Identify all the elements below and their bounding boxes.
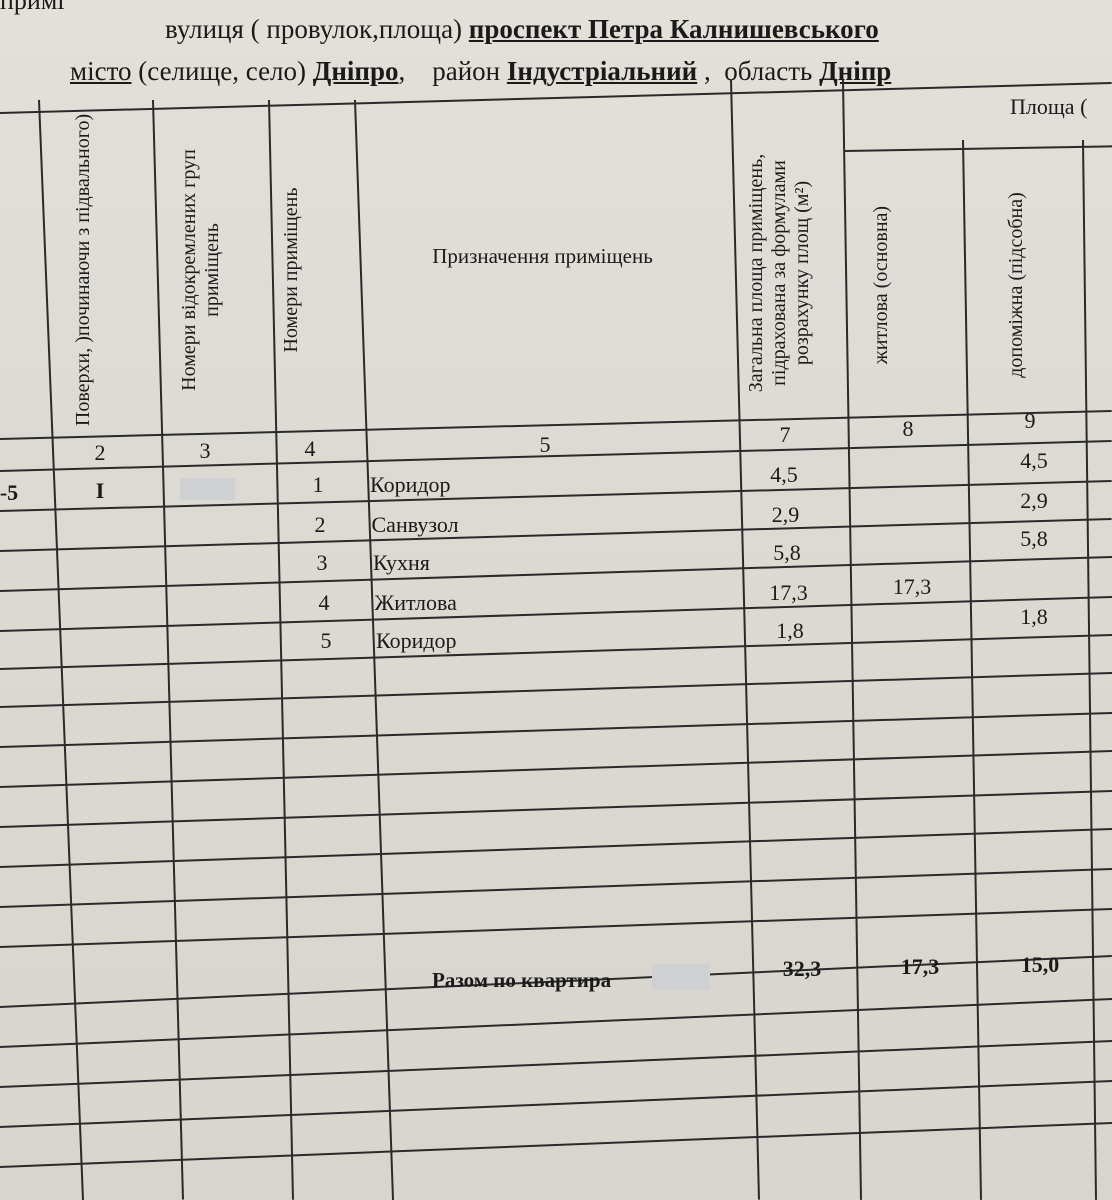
region-label: область	[724, 56, 812, 86]
city-line: місто (селище, село) Дніпро, район Індус…	[70, 56, 891, 87]
room-total-area: 4,5	[744, 462, 824, 488]
header-living: житлова (основна)	[870, 155, 910, 415]
street-label: вулиця ( провулок,площа)	[165, 14, 462, 44]
room-purpose: Житлова	[375, 590, 457, 616]
header-floors: Поверхи, )починаючи з підвального)	[72, 110, 132, 430]
grid-hline	[0, 1122, 1112, 1168]
room-number: 4	[284, 590, 364, 616]
room-total-area: 5,8	[747, 540, 827, 566]
district-value: Індустріальний	[507, 56, 697, 86]
header-col1	[0, 165, 35, 345]
room-auxiliary-area: 5,8	[994, 526, 1074, 552]
room-purpose: Коридор	[370, 472, 451, 498]
grid-vline	[842, 80, 862, 1200]
room-total-area: 2,9	[746, 502, 826, 528]
header-area-group: Площа (	[1010, 94, 1112, 120]
header-room-numbers: Номери приміщень	[280, 120, 320, 420]
room-living-area: 17,3	[872, 574, 952, 600]
colnum-3: 3	[165, 438, 245, 464]
header-auxiliary: допоміжна (підсобна)	[1005, 155, 1045, 415]
district-label: район	[432, 56, 500, 86]
grid-hline	[845, 145, 1112, 152]
grid-hline	[0, 868, 1112, 908]
header-purpose: Призначення приміщень	[370, 244, 715, 269]
colnum-4: 4	[270, 436, 350, 462]
street-line: вулиця ( провулок,площа) проспект Петра …	[165, 14, 879, 45]
living-area-sum: 17,3	[880, 954, 960, 980]
grid-hline	[0, 750, 1112, 788]
grid-hline	[0, 480, 1112, 512]
grid-hline	[0, 518, 1112, 552]
city-value: Дніпро	[313, 56, 399, 86]
room-purpose: Санвузол	[372, 512, 459, 538]
total-area-sum: 32,3	[762, 956, 842, 982]
redacted-apartment-number	[652, 964, 710, 990]
room-number: 2	[280, 512, 360, 538]
room-auxiliary-area: 4,5	[994, 448, 1074, 474]
colnum-8: 8	[868, 416, 948, 442]
room-number: 1	[278, 472, 358, 498]
room-purpose: Коридор	[376, 628, 457, 654]
grid-hline	[0, 828, 1112, 868]
colnum-2: 2	[60, 440, 140, 466]
grid-hline	[0, 1080, 1112, 1128]
room-auxiliary-area: 2,9	[994, 488, 1074, 514]
grid-hline	[0, 790, 1112, 828]
grid-hline	[0, 998, 1112, 1048]
street-value: проспект Петра Калнишевського	[469, 14, 879, 44]
header-group-numbers: Номери відокремлених груп приміщень	[178, 110, 238, 430]
colnum-7: 7	[745, 422, 825, 448]
colnum-9: 9	[990, 408, 1070, 434]
room-number: 3	[282, 550, 362, 576]
document-page: примі вулиця ( провулок,площа) проспект …	[0, 0, 1112, 1200]
city-label: місто	[70, 56, 132, 86]
colnum-5: 5	[500, 432, 590, 458]
room-total-area: 1,8	[750, 618, 830, 644]
grid-hline	[0, 712, 1112, 748]
region-value: Дніпр	[819, 56, 891, 86]
colnum-1: 1	[0, 440, 10, 466]
grid-hline	[0, 1040, 1112, 1088]
floor-value: I	[60, 478, 140, 504]
grid-vline	[962, 140, 982, 1200]
auxiliary-area-sum: 15,0	[1000, 952, 1080, 978]
room-number: 5	[286, 628, 366, 654]
header-total-area: Загальна площа приміщень, підрахована за…	[745, 113, 835, 433]
room-purpose: Кухня	[373, 550, 430, 576]
redacted-group-number	[180, 478, 235, 500]
city-label-rest: (селище, село)	[138, 56, 306, 86]
room-total-area: 17,3	[749, 580, 829, 606]
first-col-value: -5	[0, 480, 24, 506]
total-label: Разом по квартира	[432, 968, 652, 993]
room-auxiliary-area: 1,8	[994, 604, 1074, 630]
grid-hline	[0, 908, 1112, 948]
cut-off-text: примі	[0, 0, 65, 16]
